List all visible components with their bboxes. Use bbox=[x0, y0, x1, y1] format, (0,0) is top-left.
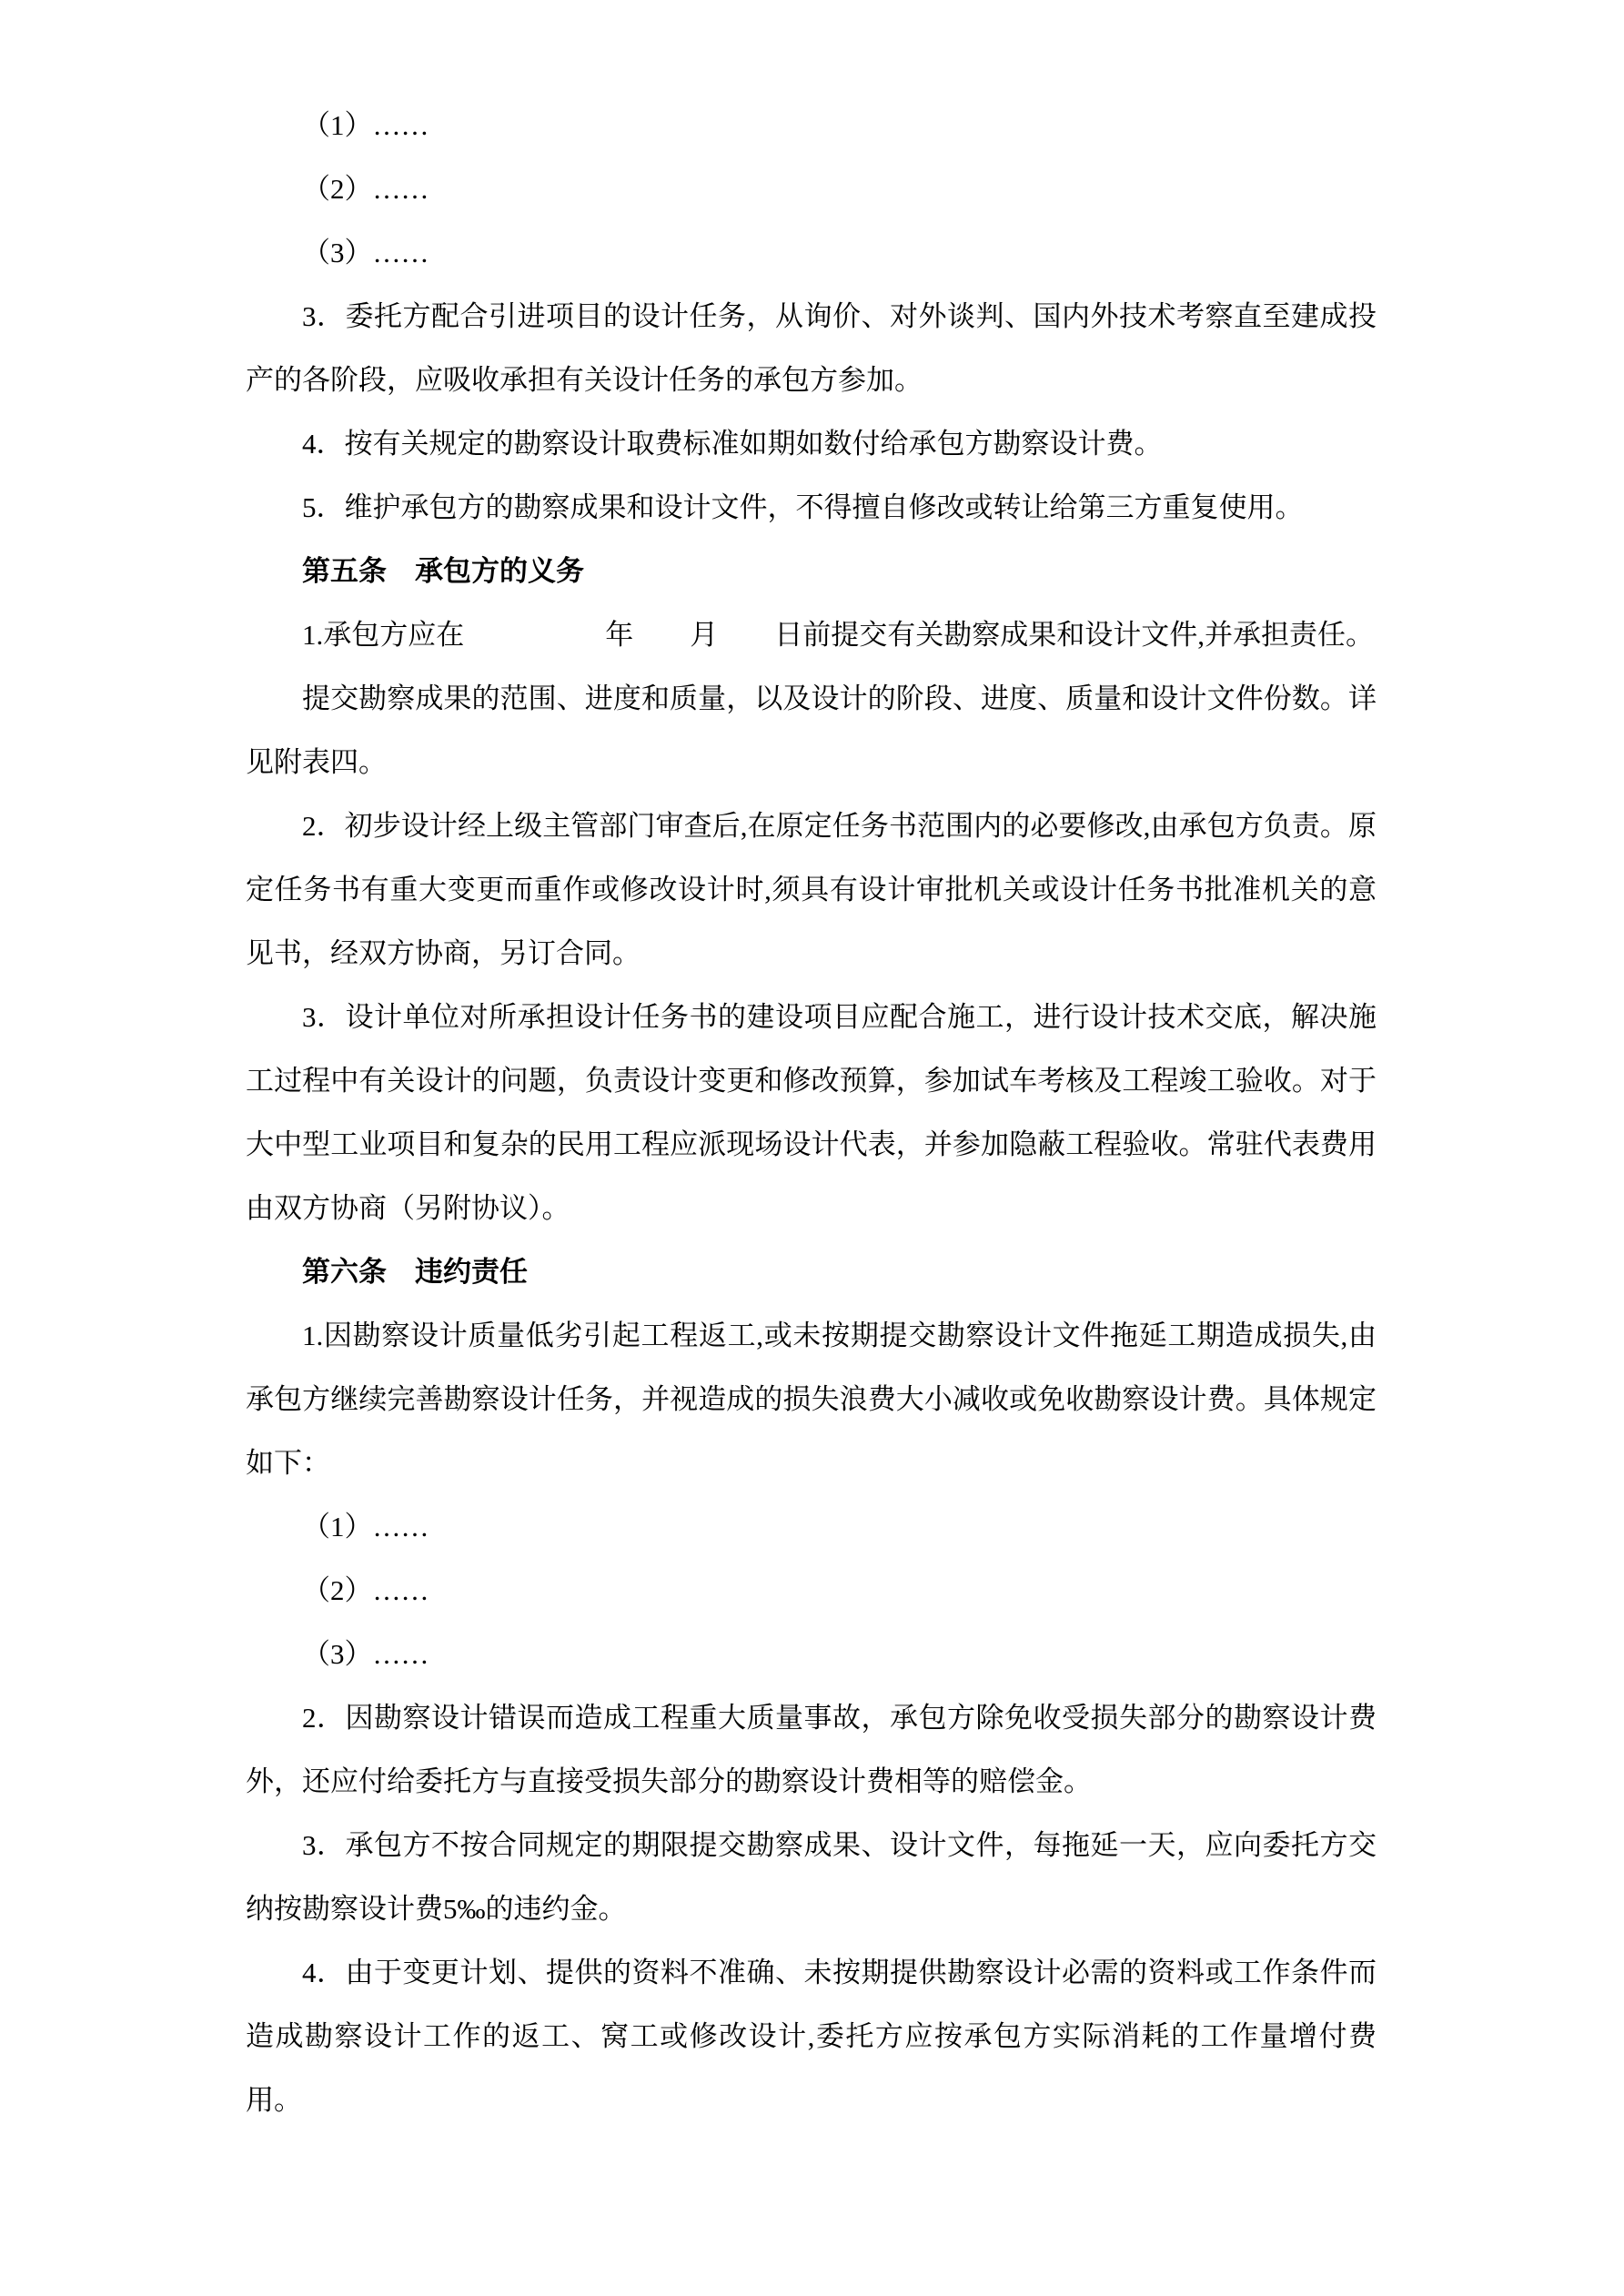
paragraph-liability-3: 3．承包方不按合同规定的期限提交勘察成果、设计文件，每拖延一天，应向委托方交纳按… bbox=[246, 1814, 1377, 1941]
contract-document-page: （1）…… （2）…… （3）…… 3．委托方配合引进项目的设计任务，从询价、对… bbox=[246, 94, 1377, 2132]
paragraph-contractor-obligation-1: 1.承包方应在 年 月 日前提交有关勘察成果和设计文件,并承担责任。 bbox=[246, 603, 1377, 667]
list-item: （3）…… bbox=[246, 221, 1377, 285]
paragraph-client-obligation-4: 4．按有关规定的勘察设计取费标准如期如数付给承包方勘察设计费。 bbox=[246, 412, 1377, 476]
paragraph-contractor-obligation-3: 3．设计单位对所承担设计任务书的建设项目应配合施工，进行设计技术交底，解决施工过… bbox=[246, 986, 1377, 1240]
paragraph-liability-2: 2．因勘察设计错误而造成工程重大质量事故，承包方除免收受损失部分的勘察设计费外，… bbox=[246, 1686, 1377, 1814]
list-item: （1）…… bbox=[246, 1495, 1377, 1559]
list-item: （2）…… bbox=[246, 157, 1377, 221]
paragraph-liability-1: 1.因勘察设计质量低劣引起工程返工,或未按期提交勘察设计文件拖延工期造成损失,由… bbox=[246, 1304, 1377, 1495]
list-item: （1）…… bbox=[246, 94, 1377, 157]
list-item: （2）…… bbox=[246, 1559, 1377, 1623]
section-heading-article-5: 第五条 承包方的义务 bbox=[246, 540, 1377, 603]
paragraph-client-obligation-5: 5．维护承包方的勘察成果和设计文件，不得擅自修改或转让给第三方重复使用。 bbox=[246, 476, 1377, 540]
paragraph-client-obligation-3: 3．委托方配合引进项目的设计任务，从询价、对外谈判、国内外技术考察直至建成投产的… bbox=[246, 285, 1377, 412]
paragraph-contractor-obligation-1-cont: 提交勘察成果的范围、进度和质量，以及设计的阶段、进度、质量和设计文件份数。详见附… bbox=[246, 667, 1377, 794]
paragraph-liability-4: 4．由于变更计划、提供的资料不准确、未按期提供勘察设计必需的资料或工作条件而造成… bbox=[246, 1941, 1377, 2132]
section-heading-article-6: 第六条 违约责任 bbox=[246, 1240, 1377, 1304]
list-item: （3）…… bbox=[246, 1623, 1377, 1686]
paragraph-contractor-obligation-2: 2．初步设计经上级主管部门审查后,在原定任务书范围内的必要修改,由承包方负责。原… bbox=[246, 794, 1377, 986]
